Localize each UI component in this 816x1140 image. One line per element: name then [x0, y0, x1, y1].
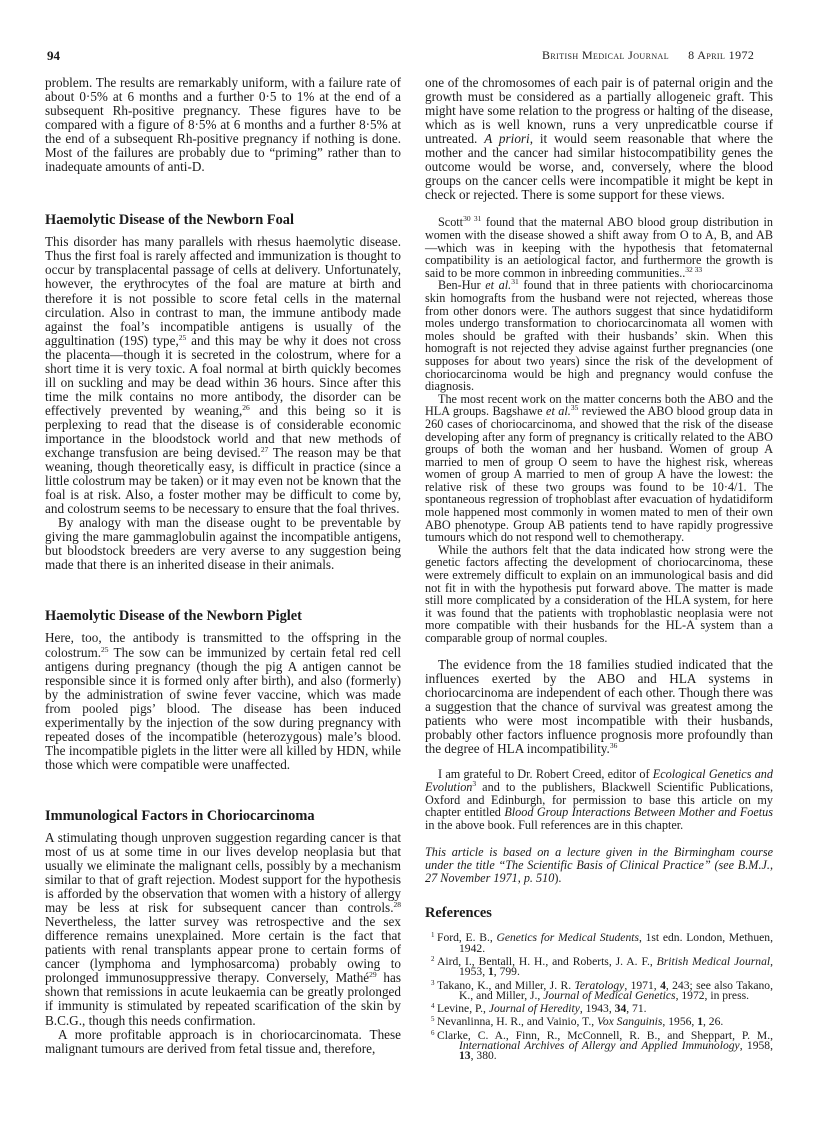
reference-item: 1Ford, E. B., Genetics for Medical Stude…	[425, 930, 773, 954]
acknowledgement: I am grateful to Dr. Robert Creed, edito…	[425, 768, 773, 832]
paragraph-benhur: Ben-Hur et al.31 found that in three pat…	[425, 279, 773, 392]
paragraph-chorio-2: A more profitable approach is in chorioc…	[45, 1028, 401, 1056]
paragraph-foal-1: This disorder has many parallels with rh…	[45, 235, 401, 516]
citation: 28	[394, 900, 402, 909]
heading-piglet: Haemolytic Disease of the Newborn Piglet	[45, 608, 401, 624]
paragraph-continuation: one of the chromosomes of each pair is o…	[425, 76, 773, 202]
heading-choriocarcinoma: Immunological Factors in Choriocarcinoma	[45, 808, 401, 824]
heading-foal: Haemolytic Disease of the Newborn Foal	[45, 212, 401, 228]
left-column: problem. The results are remarkably unif…	[45, 76, 401, 1056]
small-text-block: Scott30 31 found that the maternal ABO b…	[425, 216, 773, 644]
paragraph-piglet-1: Here, too, the antibody is transmitted t…	[45, 631, 401, 771]
citation: 30 31	[463, 214, 481, 223]
page-number: 94	[47, 48, 60, 64]
citation: 26	[242, 403, 250, 412]
paragraph-evidence: The evidence from the 18 families studie…	[425, 658, 773, 756]
paragraph-chorio-1: A stimulating though unproven suggestion…	[45, 831, 401, 1028]
citation: 31	[511, 277, 519, 286]
paragraph-authors-felt: While the authors felt that the data ind…	[425, 544, 773, 645]
reference-item: 2Aird, I., Bentall, H. H., and Roberts, …	[425, 954, 773, 978]
lecture-note: This article is based on a lecture given…	[425, 846, 773, 884]
citation: 25	[101, 645, 109, 654]
right-column: one of the chromosomes of each pair is o…	[425, 76, 773, 1062]
issue-date: 8 April 1972	[688, 48, 754, 62]
paragraph-scott: Scott30 31 found that the maternal ABO b…	[425, 216, 773, 279]
citation: 36	[610, 741, 618, 750]
references-section: References 1Ford, E. B., Genetics for Me…	[425, 906, 773, 1061]
reference-item: 6Clarke, C. A., Finn, R., McConnell, R. …	[425, 1028, 773, 1062]
references-heading: References	[425, 906, 773, 920]
reference-item: 4Levine, P., Journal of Heredity, 1943, …	[425, 1001, 773, 1014]
reference-item: 3Takano, K., and Miller, J. R. Teratolog…	[425, 978, 773, 1002]
intro-paragraph: problem. The results are remarkably unif…	[45, 76, 401, 174]
paragraph-bagshawe: The most recent work on the matter conce…	[425, 393, 773, 544]
paragraph-foal-2: By analogy with man the disease ought to…	[45, 516, 401, 572]
references-list: 1Ford, E. B., Genetics for Medical Stude…	[425, 930, 773, 1061]
running-head: British Medical Journal 8 April 1972	[542, 48, 754, 63]
citation: 32 33	[685, 265, 702, 274]
citation: 29	[369, 970, 377, 979]
journal-name: British Medical Journal	[542, 48, 669, 62]
reference-item: 5Nevanlinna, H. R., and Vainio, T., Vox …	[425, 1014, 773, 1027]
